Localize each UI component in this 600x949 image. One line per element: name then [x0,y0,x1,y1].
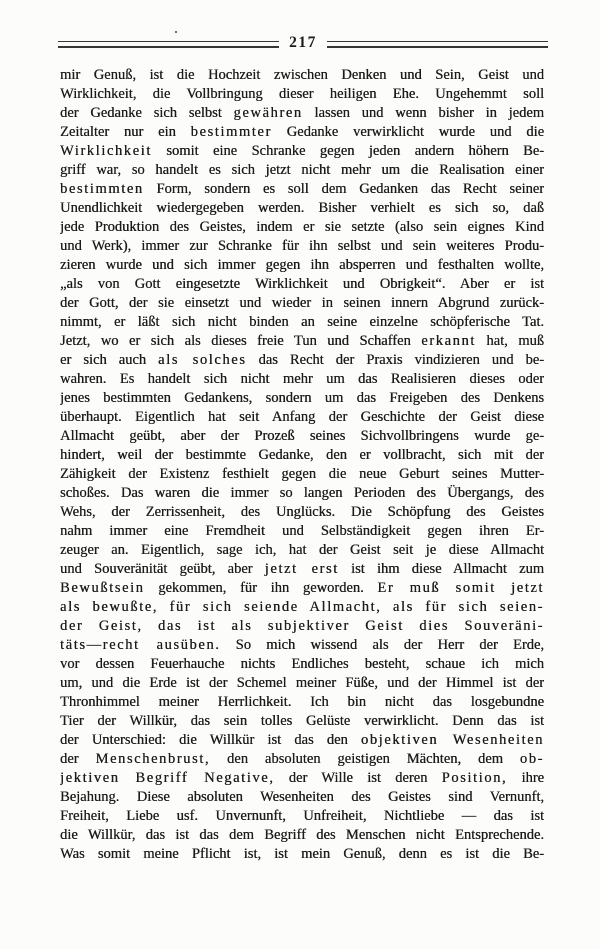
emphasis-spaced-text: gewähren [234,105,303,121]
regular-text: Was somit meine Pflicht ist, ist mein Ge… [60,846,544,862]
regular-text: griff war, so handelt es sich jetzt nich… [60,162,544,178]
text-line: Bewußtsein gekommen, für ihn geworden. E… [60,579,544,598]
text-line: hindert, weil der bestimmte Gedanke, den… [60,446,544,465]
text-line: Jetzt, wo er sich als dieses freie Tun u… [60,332,544,351]
text-line: Unendlichkeit wiedergegeben werden. Bish… [60,199,544,218]
regular-text: hat, muß [476,333,544,349]
regular-text: Form, sondern es soll dem Gedanken das R… [144,181,544,197]
body-text: mir Genuß, ist die Hochzeit zwischen Den… [60,66,544,864]
text-line: zieren wurde und sich immer gegen ihn ab… [60,256,544,275]
text-line: er sich auch als solches das Recht der P… [60,351,544,370]
emphasis-spaced-text: jektiven Begriff Negative, [60,770,274,786]
regular-text: der Unterschied: die Willkür ist das den [60,732,361,748]
text-line: jektiven Begriff Negative, der Wille ist… [60,769,544,788]
regular-text: jede Produktion des Geistes, indem er si… [60,219,544,235]
text-line: Zeitalter nur ein bestimmter Gedanke ver… [60,123,544,142]
emphasis-spaced-text: ob- [520,751,544,767]
regular-text: Zeitalter nur ein [60,124,191,140]
text-line: die Willkür, das ist das dem Begriff des… [60,826,544,845]
page-number: 217 [289,34,317,52]
regular-text: zieren wurde und sich immer gegen ihn ab… [60,257,544,273]
regular-text: Bejahung. Diese absoluten Wesenheiten de… [60,789,544,805]
regular-text: zeuger an. Eigentlich, sage ich, hat der… [60,542,544,558]
regular-text: nahm immer eine Fremdheit und Selbständi… [60,523,544,539]
regular-text: mir Genuß, ist die Hochzeit zwischen Den… [60,67,544,83]
text-line: griff war, so handelt es sich jetzt nich… [60,161,544,180]
regular-text: Zähigkeit der Existenz festhielt gegen d… [60,466,544,482]
header-rule-right [327,41,548,48]
regular-text: Gedanke verwirklicht wurde und die [272,124,544,140]
text-line: schoßes. Das waren die immer so langen P… [60,484,544,503]
text-line: als bewußte, für sich seiende Allmacht, … [60,598,544,617]
regular-text: Freiheit, Liebe usf. Unvernunft, Unfreih… [60,808,544,824]
text-line: und Werk), immer zur Schranke für ihn se… [60,237,544,256]
regular-text: ihre [507,770,544,786]
text-line: überhaupt. Eigentlich hat seit Anfang de… [60,408,544,427]
ink-speck [175,31,177,33]
emphasis-spaced-text: jetzt erst [265,561,339,577]
regular-text: Tier der Willkür, das sein tolles Gelüst… [60,713,544,729]
text-line: der Unterschied: die Willkür ist das den… [60,731,544,750]
text-line: nahm immer eine Fremdheit und Selbständi… [60,522,544,541]
regular-text: und Werk), immer zur Schranke für ihn se… [60,238,544,254]
text-line: Tier der Willkür, das sein tolles Gelüst… [60,712,544,731]
text-line: „als von Gott eingesetzte Wirklichkeit u… [60,275,544,294]
text-line: jenes bestimmten Gedankens, sondern um d… [60,389,544,408]
regular-text: Unendlichkeit wiedergegeben werden. Bish… [60,200,544,216]
emphasis-spaced-text: als bewußte, für sich seiende Allmacht, … [60,599,544,615]
regular-text: Wehs, der Zerrissenheit, des Unglücks. D… [60,504,544,520]
regular-text: den absoluten geistigen Mächten, dem [210,751,520,767]
text-line: vor dessen Feuerhauche nichts Endliches … [60,655,544,674]
regular-text: der [60,751,95,767]
text-line: um, und die Erde ist der Schemel meiner … [60,674,544,693]
regular-text: schoßes. Das waren die immer so langen P… [60,485,544,501]
text-line: Wehs, der Zerrissenheit, des Unglücks. D… [60,503,544,522]
regular-text: lassen und wenn bisher in jedem [303,105,544,121]
text-line: täts—recht ausüben. So mich wissend als … [60,636,544,655]
text-line: der Gott, der sie einsetzt und wieder in… [60,294,544,313]
text-line: zeuger an. Eigentlich, sage ich, hat der… [60,541,544,560]
regular-text: Wirklichkeit, die Vollbringung dieser he… [60,86,544,102]
regular-text: und Souveränität geübt, aber [60,561,265,577]
regular-text: der Gedanke sich selbst [60,105,234,121]
regular-text: vor dessen Feuerhauche nichts Endliches … [60,656,544,672]
text-line: wahren. Es handelt sich nicht mehr um da… [60,370,544,389]
emphasis-spaced-text: täts—recht ausüben. [60,637,220,653]
text-line: Wirklichkeit somit eine Schranke gegen j… [60,142,544,161]
emphasis-spaced-text: der Geist, das ist als subjektiver Geist… [60,618,544,634]
text-line: Freiheit, Liebe usf. Unvernunft, Unfreih… [60,807,544,826]
emphasis-spaced-text: Wirklichkeit [60,143,152,159]
emphasis-spaced-text: Position, [442,770,508,786]
regular-text: Jetzt, wo er sich als dieses freie Tun u… [60,333,421,349]
regular-text: der Gott, der sie einsetzt und wieder in… [60,295,544,311]
text-line: der Menschenbrust, den absoluten geistig… [60,750,544,769]
text-line: Bejahung. Diese absoluten Wesenheiten de… [60,788,544,807]
text-line: Wirklichkeit, die Vollbringung dieser he… [60,85,544,104]
emphasis-spaced-text: Bewußtsein [60,580,144,596]
text-line: und Souveränität geübt, aber jetzt erst … [60,560,544,579]
regular-text: „als von Gott eingesetzte Wirklichkeit u… [60,276,544,292]
emphasis-spaced-text: Er muß somit jetzt [377,580,544,596]
header-rule-left [58,41,279,48]
regular-text: der Wille ist deren [274,770,441,786]
emphasis-spaced-text: bestimmter [191,124,272,140]
text-line: Thronhimmel meiner Herrlichkeit. Ich bin… [60,693,544,712]
regular-text: Allmacht geübt, aber der Prozeß seines S… [60,428,544,444]
regular-text: Thronhimmel meiner Herrlichkeit. Ich bin… [60,694,544,710]
regular-text: um, und die Erde ist der Schemel meiner … [60,675,544,691]
regular-text: nimmt, er läßt sich nicht binden an sein… [60,314,544,330]
emphasis-spaced-text: als solches [158,352,246,368]
text-line: Zähigkeit der Existenz festhielt gegen d… [60,465,544,484]
text-line: bestimmten Form, sondern es soll dem Ged… [60,180,544,199]
text-line: Allmacht geübt, aber der Prozeß seines S… [60,427,544,446]
regular-text: die Willkür, das ist das dem Begriff des… [60,827,544,843]
regular-text: das Recht der Praxis vindizieren und be- [246,352,544,368]
emphasis-spaced-text: erkannt [421,333,476,349]
text-line: mir Genuß, ist die Hochzeit zwischen Den… [60,66,544,85]
emphasis-spaced-text: bestimmten [60,181,144,197]
text-line: nimmt, er läßt sich nicht binden an sein… [60,313,544,332]
regular-text: So mich wissend als der Herr der Erde, [220,637,544,653]
emphasis-spaced-text: Menschenbrust, [95,751,210,767]
text-line: der Geist, das ist als subjektiver Geist… [60,617,544,636]
text-line: Was somit meine Pflicht ist, ist mein Ge… [60,845,544,864]
page-header: 217 [58,35,548,53]
regular-text: überhaupt. Eigentlich hat seit Anfang de… [60,409,544,425]
regular-text: er sich auch [60,352,158,368]
book-page: 217 mir Genuß, ist die Hochzeit zwischen… [0,0,600,949]
regular-text: somit eine Schranke gegen jeden andern h… [152,143,544,159]
regular-text: wahren. Es handelt sich nicht mehr um da… [60,371,544,387]
regular-text: gekommen, für ihn geworden. [144,580,377,596]
regular-text: ist ihm diese Allmacht zum [339,561,544,577]
text-line: jede Produktion des Geistes, indem er si… [60,218,544,237]
text-line: der Gedanke sich selbst gewähren lassen … [60,104,544,123]
regular-text: jenes bestimmten Gedankens, sondern um d… [60,390,544,406]
regular-text: hindert, weil der bestimmte Gedanke, den… [60,447,544,463]
emphasis-spaced-text: objektiven Wesenheiten [361,732,544,748]
